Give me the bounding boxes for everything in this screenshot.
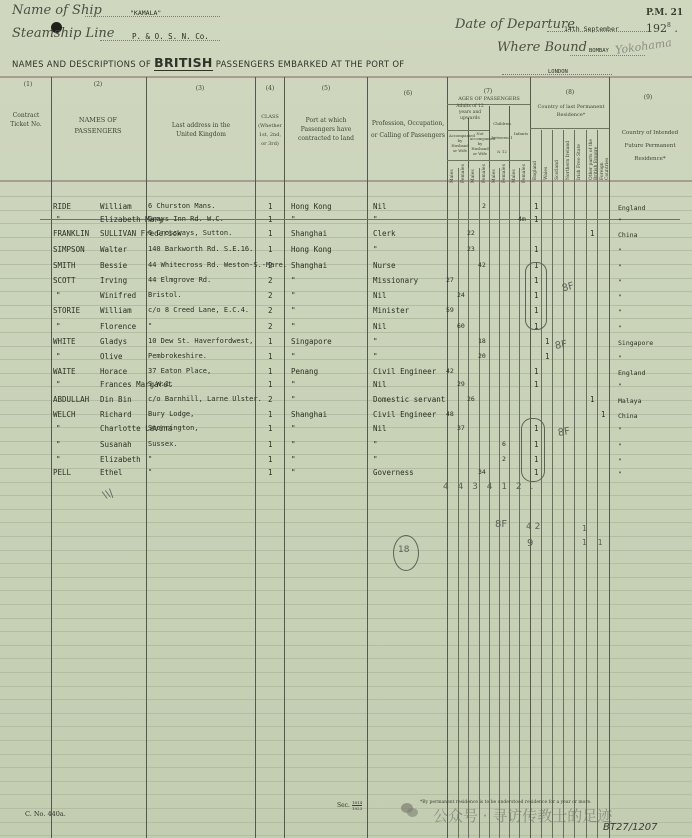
passenger-given-names: Richard <box>100 410 132 419</box>
last-address: c/o 8 Creed Lane, E.C.4. <box>148 306 249 314</box>
future-residence: " <box>618 382 622 390</box>
passenger-surname: WAITE <box>53 367 76 376</box>
tally-c: 1 <box>582 524 587 533</box>
section-ref: Sec. 1814 1923 <box>337 800 362 811</box>
last-address: Pembrokeshire. <box>148 352 207 360</box>
col7-infants: Infants <box>512 129 530 138</box>
residence-subheader: Other parts of the British Empire <box>589 136 599 180</box>
passenger-surname: WHITE <box>53 337 76 346</box>
future-residence: " <box>618 278 622 286</box>
circle-group-1 <box>525 262 547 330</box>
passenger-given-names: Irving <box>100 276 127 285</box>
passenger-age: 42 <box>446 367 454 375</box>
age-subheader: Males <box>471 165 476 183</box>
residence-subheader: Scotland <box>555 140 560 180</box>
passenger-given-names: Walter <box>100 245 127 254</box>
passenger-class: 1 <box>268 440 273 449</box>
residence-subheader: Northern Ireland <box>566 140 571 180</box>
passenger-class: 1 <box>268 468 273 477</box>
occupation: Minister <box>373 306 409 315</box>
passenger-class: 2 <box>268 261 273 270</box>
residence-mark: 1 <box>590 395 595 404</box>
occupation: Nil <box>373 202 387 211</box>
departure-year: 1928 . <box>646 22 678 35</box>
passenger-class: 2 <box>268 306 273 315</box>
last-address: Storrington, <box>148 424 199 432</box>
residence-mark: 1 <box>545 337 550 346</box>
passenger-class: 1 <box>268 424 273 433</box>
passenger-class: 2 <box>268 395 273 404</box>
last-address: " <box>148 468 152 476</box>
col4-header: CLASS (Whether 1st, 2nd, or 3rd) <box>256 113 284 149</box>
future-residence: " <box>618 354 622 362</box>
residence-mark: 1 <box>601 410 606 419</box>
bracket-note-3: 8F <box>557 426 571 439</box>
occupation: Civil Engineer <box>373 410 436 419</box>
col7-adults: Adults of 12 years and upwards <box>451 104 489 122</box>
age-subheader: Females <box>502 165 507 183</box>
occupation: Missionary <box>373 276 418 285</box>
col3-header: Last address in the United Kingdom <box>168 121 234 139</box>
passenger-surname: STORIE <box>53 306 80 315</box>
future-residence: " <box>618 442 622 450</box>
port-of-landing: " <box>291 322 296 331</box>
future-residence: Malaya <box>618 397 641 405</box>
title-nationality: BRITISH <box>154 55 213 71</box>
last-address: S.W.1. <box>148 380 173 388</box>
line-label: Steamship Line <box>12 26 114 41</box>
passenger-list-page: P.M. 21 Name of Ship "KAMALA" Steamship … <box>0 0 692 838</box>
passenger-class: 1 <box>268 337 273 346</box>
passenger-class: 1 <box>268 245 273 254</box>
col7-accompanied: Accompanied by Husband or Wife <box>449 133 471 153</box>
passenger-surname: " <box>56 455 61 464</box>
passenger-age: 2 <box>482 202 486 210</box>
future-residence: " <box>618 457 622 465</box>
passenger-surname: RIDE <box>53 202 71 211</box>
steamship-line: P. & O. S. N. Co. <box>132 32 209 41</box>
port-of-landing: Hong Kong <box>291 202 332 211</box>
col9-header: Country of Intended Future Permanent Res… <box>614 127 686 166</box>
last-address: 6 Crossways, Sutton. <box>148 229 232 237</box>
port-of-landing: " <box>291 306 296 315</box>
passenger-age: 23 <box>467 245 475 253</box>
last-address: Bury Lodge, <box>148 410 194 418</box>
col9-num: (9) <box>638 93 658 102</box>
occupation: Nil <box>373 291 387 300</box>
last-address: 140 Barkworth Rd. S.E.16. <box>148 245 253 253</box>
passenger-given-names: Bessie <box>100 261 127 270</box>
passenger-given-names: Winifred <box>100 291 136 300</box>
passenger-class: 1 <box>268 455 273 464</box>
passenger-surname: " <box>56 322 61 331</box>
col1-header: Contract Ticket No. <box>6 111 46 129</box>
passenger-given-names: Ethel <box>100 468 123 477</box>
passenger-age: 59 <box>446 306 454 314</box>
age-subheader: Females <box>482 165 487 183</box>
last-address: 44 Elmgrove Rd. <box>148 276 211 284</box>
future-residence: England <box>618 204 645 212</box>
age-subheader: Males <box>492 165 497 183</box>
col1-num: (1) <box>18 80 38 89</box>
age-totals: 4 4 3 4 1 2 . <box>443 482 536 492</box>
future-residence: " <box>618 217 622 225</box>
passenger-given-names: Olive <box>100 352 123 361</box>
ship-name: "KAMALA" <box>130 9 161 17</box>
passenger-surname: FRANKLIN <box>53 229 89 238</box>
passenger-age: 26 <box>467 395 475 403</box>
col2-num: (2) <box>88 80 108 89</box>
passenger-surname: " <box>56 352 61 361</box>
residence-mark: 1 <box>545 352 550 361</box>
passenger-given-names: Susanah <box>100 440 132 449</box>
occupation: Nil <box>373 380 387 389</box>
col7-not-accompanied: Not accompanied by Husband or Wife <box>470 131 490 156</box>
age-subheader: Females <box>522 165 527 183</box>
destination: BOMBAY <box>589 48 609 54</box>
residence-subheader: Irish Free State <box>577 140 582 180</box>
sec-denominator: 1923 <box>352 806 362 811</box>
occupation: Nil <box>373 322 387 331</box>
passenger-age: 20 <box>478 352 486 360</box>
tally-b: 9 <box>527 538 533 549</box>
year-prefix: 192 <box>646 22 667 35</box>
residence-mark: 1 <box>534 215 539 224</box>
passenger-surname: " <box>56 291 61 300</box>
passenger-surname: ABDULLAH <box>53 395 89 404</box>
passenger-class: 1 <box>268 352 273 361</box>
passenger-surname: " <box>56 380 61 389</box>
future-residence: " <box>618 324 622 332</box>
occupation: Nurse <box>373 261 396 270</box>
passenger-class: 2 <box>268 291 273 300</box>
port-of-landing: " <box>291 440 296 449</box>
passenger-given-names: Elizabeth <box>100 455 141 464</box>
tally-a: 4 2 <box>526 522 540 532</box>
passenger-class: 1 <box>268 202 273 211</box>
occupation: " <box>373 245 378 254</box>
passenger-given-names: Din Bin <box>100 395 132 404</box>
passenger-age: 18 <box>478 337 486 345</box>
port-of-landing: " <box>291 352 296 361</box>
title-suffix: PASSENGERS EMBARKED AT THE PORT OF <box>216 60 405 70</box>
passenger-surname: " <box>56 215 61 224</box>
last-address: Bristol. <box>148 291 182 299</box>
port-of-landing: Hong Kong <box>291 245 332 254</box>
port-of-landing: " <box>291 291 296 300</box>
last-address: c/o Barnhill, Larne Ulster. <box>148 395 262 403</box>
port-of-landing: " <box>291 395 296 404</box>
last-address: 10 Dew St. Haverfordwest, <box>148 337 253 345</box>
passenger-surname: " <box>56 440 61 449</box>
future-residence: " <box>618 308 622 316</box>
departure-label: Date of Departure <box>455 17 575 32</box>
passenger-class: 1 <box>268 410 273 419</box>
residence-subheader: Foreign Countries <box>600 140 610 180</box>
passenger-class: 1 <box>268 367 273 376</box>
future-residence: " <box>618 470 622 478</box>
last-address: " <box>148 455 152 463</box>
col3-num: (3) <box>190 84 210 93</box>
future-residence: Singapore <box>618 339 653 347</box>
passenger-surname: SIMPSON <box>53 245 85 254</box>
occupation: " <box>373 215 378 224</box>
passenger-age: 60 <box>457 322 465 330</box>
passenger-given-names: William <box>100 306 132 315</box>
passenger-age: 27 <box>446 276 454 284</box>
passenger-class: 1 <box>268 229 273 238</box>
passenger-age: 48 <box>446 410 454 418</box>
passenger-surname: SMITH <box>53 261 76 270</box>
last-address: " <box>148 322 152 330</box>
col2-header: NAMES OF PASSENGERS <box>65 115 131 137</box>
age-subheader: Females <box>461 165 466 183</box>
watermark: 公众号 · 寻访传教士的足迹 <box>433 805 612 826</box>
future-residence: " <box>618 247 622 255</box>
passenger-age: 29 <box>457 380 465 388</box>
passenger-surname: WELCH <box>53 410 76 419</box>
handwritten-destination: Yokohama <box>614 36 672 57</box>
port-of-landing: " <box>291 380 296 389</box>
passenger-age: 37 <box>457 424 465 432</box>
passenger-given-names: William <box>100 202 132 211</box>
bracket-note-2: 8F <box>554 339 568 352</box>
residence-mark: 1 <box>590 229 595 238</box>
col5-num: (5) <box>316 84 336 93</box>
passenger-count: 18 <box>398 545 409 555</box>
passenger-surname: PELL <box>53 468 71 477</box>
names-tally: \\| <box>101 488 114 502</box>
future-residence: " <box>618 263 622 271</box>
port-of-landing: Penang <box>291 367 318 376</box>
age-subheader: Males <box>512 165 517 183</box>
passenger-age: 24 <box>457 291 465 299</box>
passenger-class: 1 <box>268 380 273 389</box>
passenger-age: 4m <box>518 215 526 223</box>
last-address: Sussex. <box>148 440 178 448</box>
passenger-age: 6 <box>502 440 506 448</box>
col5-header: Port at which Passengers have contracted… <box>291 116 361 143</box>
col6-header: Profession, Occupation, or Calling of Pa… <box>370 118 446 142</box>
circle-group-2 <box>521 418 545 482</box>
departure-date: 14th September <box>564 25 619 33</box>
passenger-age: 34 <box>478 468 486 476</box>
passenger-age: 42 <box>478 261 486 269</box>
port-of-landing: Singapore <box>291 337 332 346</box>
col7-header: AGES OF PASSENGERS <box>448 95 530 104</box>
port-of-landing: " <box>291 468 296 477</box>
passenger-surname: " <box>56 424 61 433</box>
tally-bracket-label: 8F <box>495 520 507 530</box>
future-residence: " <box>618 426 622 434</box>
port-of-landing: " <box>291 276 296 285</box>
passenger-class: 2 <box>268 276 273 285</box>
port-of-landing: " <box>291 424 296 433</box>
occupation: " <box>373 455 378 464</box>
residence-subheader: England <box>533 140 538 180</box>
form-code: P.M. 21 <box>646 8 683 18</box>
last-address: 6 Churston Mans. <box>148 202 215 210</box>
occupation: " <box>373 352 378 361</box>
occupation: " <box>373 440 378 449</box>
passenger-surname: SCOTT <box>53 276 76 285</box>
passenger-class: 2 <box>268 322 273 331</box>
port-of-embarkation: LONDON <box>548 69 568 75</box>
passenger-given-names: Florence <box>100 322 136 331</box>
occupation: Governess <box>373 468 414 477</box>
future-residence: England <box>618 369 645 377</box>
tally-d: 1 1 <box>582 538 607 547</box>
bound-label: Where Bound <box>497 40 587 55</box>
passenger-age: 22 <box>467 229 475 237</box>
passenger-given-names: Gladys <box>100 337 127 346</box>
port-of-landing: Shanghai <box>291 410 327 419</box>
passenger-given-names: Horace <box>100 367 127 376</box>
residence-subheader: Wales <box>544 140 549 180</box>
wechat-icon <box>401 803 419 819</box>
col8-num: (8) <box>560 88 580 97</box>
residence-mark: 1 <box>534 367 539 376</box>
passenger-class: 1 <box>268 215 273 224</box>
residence-mark: 1 <box>534 245 539 254</box>
passenger-age: 2 <box>502 455 506 463</box>
occupation: Clerk <box>373 229 396 238</box>
occupation: Nil <box>373 424 387 433</box>
last-address: 44 Whitecross Rd. Weston-S.-Mare. <box>148 261 287 269</box>
age-subheader: Males <box>450 165 455 183</box>
form-number: C. No. 440a. <box>25 810 66 818</box>
port-of-landing: Shanghai <box>291 261 327 270</box>
future-residence: China <box>618 412 638 420</box>
occupation: Domestic servant <box>373 395 445 404</box>
occupation: " <box>373 337 378 346</box>
future-residence: " <box>618 293 622 301</box>
last-address: Grays Inn Rd. W.C. <box>148 215 224 223</box>
future-residence: China <box>618 231 638 239</box>
port-of-landing: Shanghai <box>291 229 327 238</box>
col7-children: Children between 1 & 12 <box>491 117 513 159</box>
sec-label: Sec. <box>337 802 350 809</box>
col4-num: (4) <box>260 84 280 93</box>
archive-reference: BT27/1207 <box>603 822 658 833</box>
residence-mark: 1 <box>534 380 539 389</box>
port-of-landing: " <box>291 455 296 464</box>
col6-num: (6) <box>398 89 418 98</box>
col8-header: Country of last Permanent Residence* <box>534 103 608 119</box>
port-of-landing: " <box>291 215 296 224</box>
last-address: 37 Eaton Place, <box>148 367 211 375</box>
form-title: NAMES AND DESCRIPTIONS OF BRITISH PASSEN… <box>12 55 405 70</box>
residence-mark: 1 <box>534 202 539 211</box>
title-prefix: NAMES AND DESCRIPTIONS OF <box>12 60 151 70</box>
occupation: Civil Engineer <box>373 367 436 376</box>
